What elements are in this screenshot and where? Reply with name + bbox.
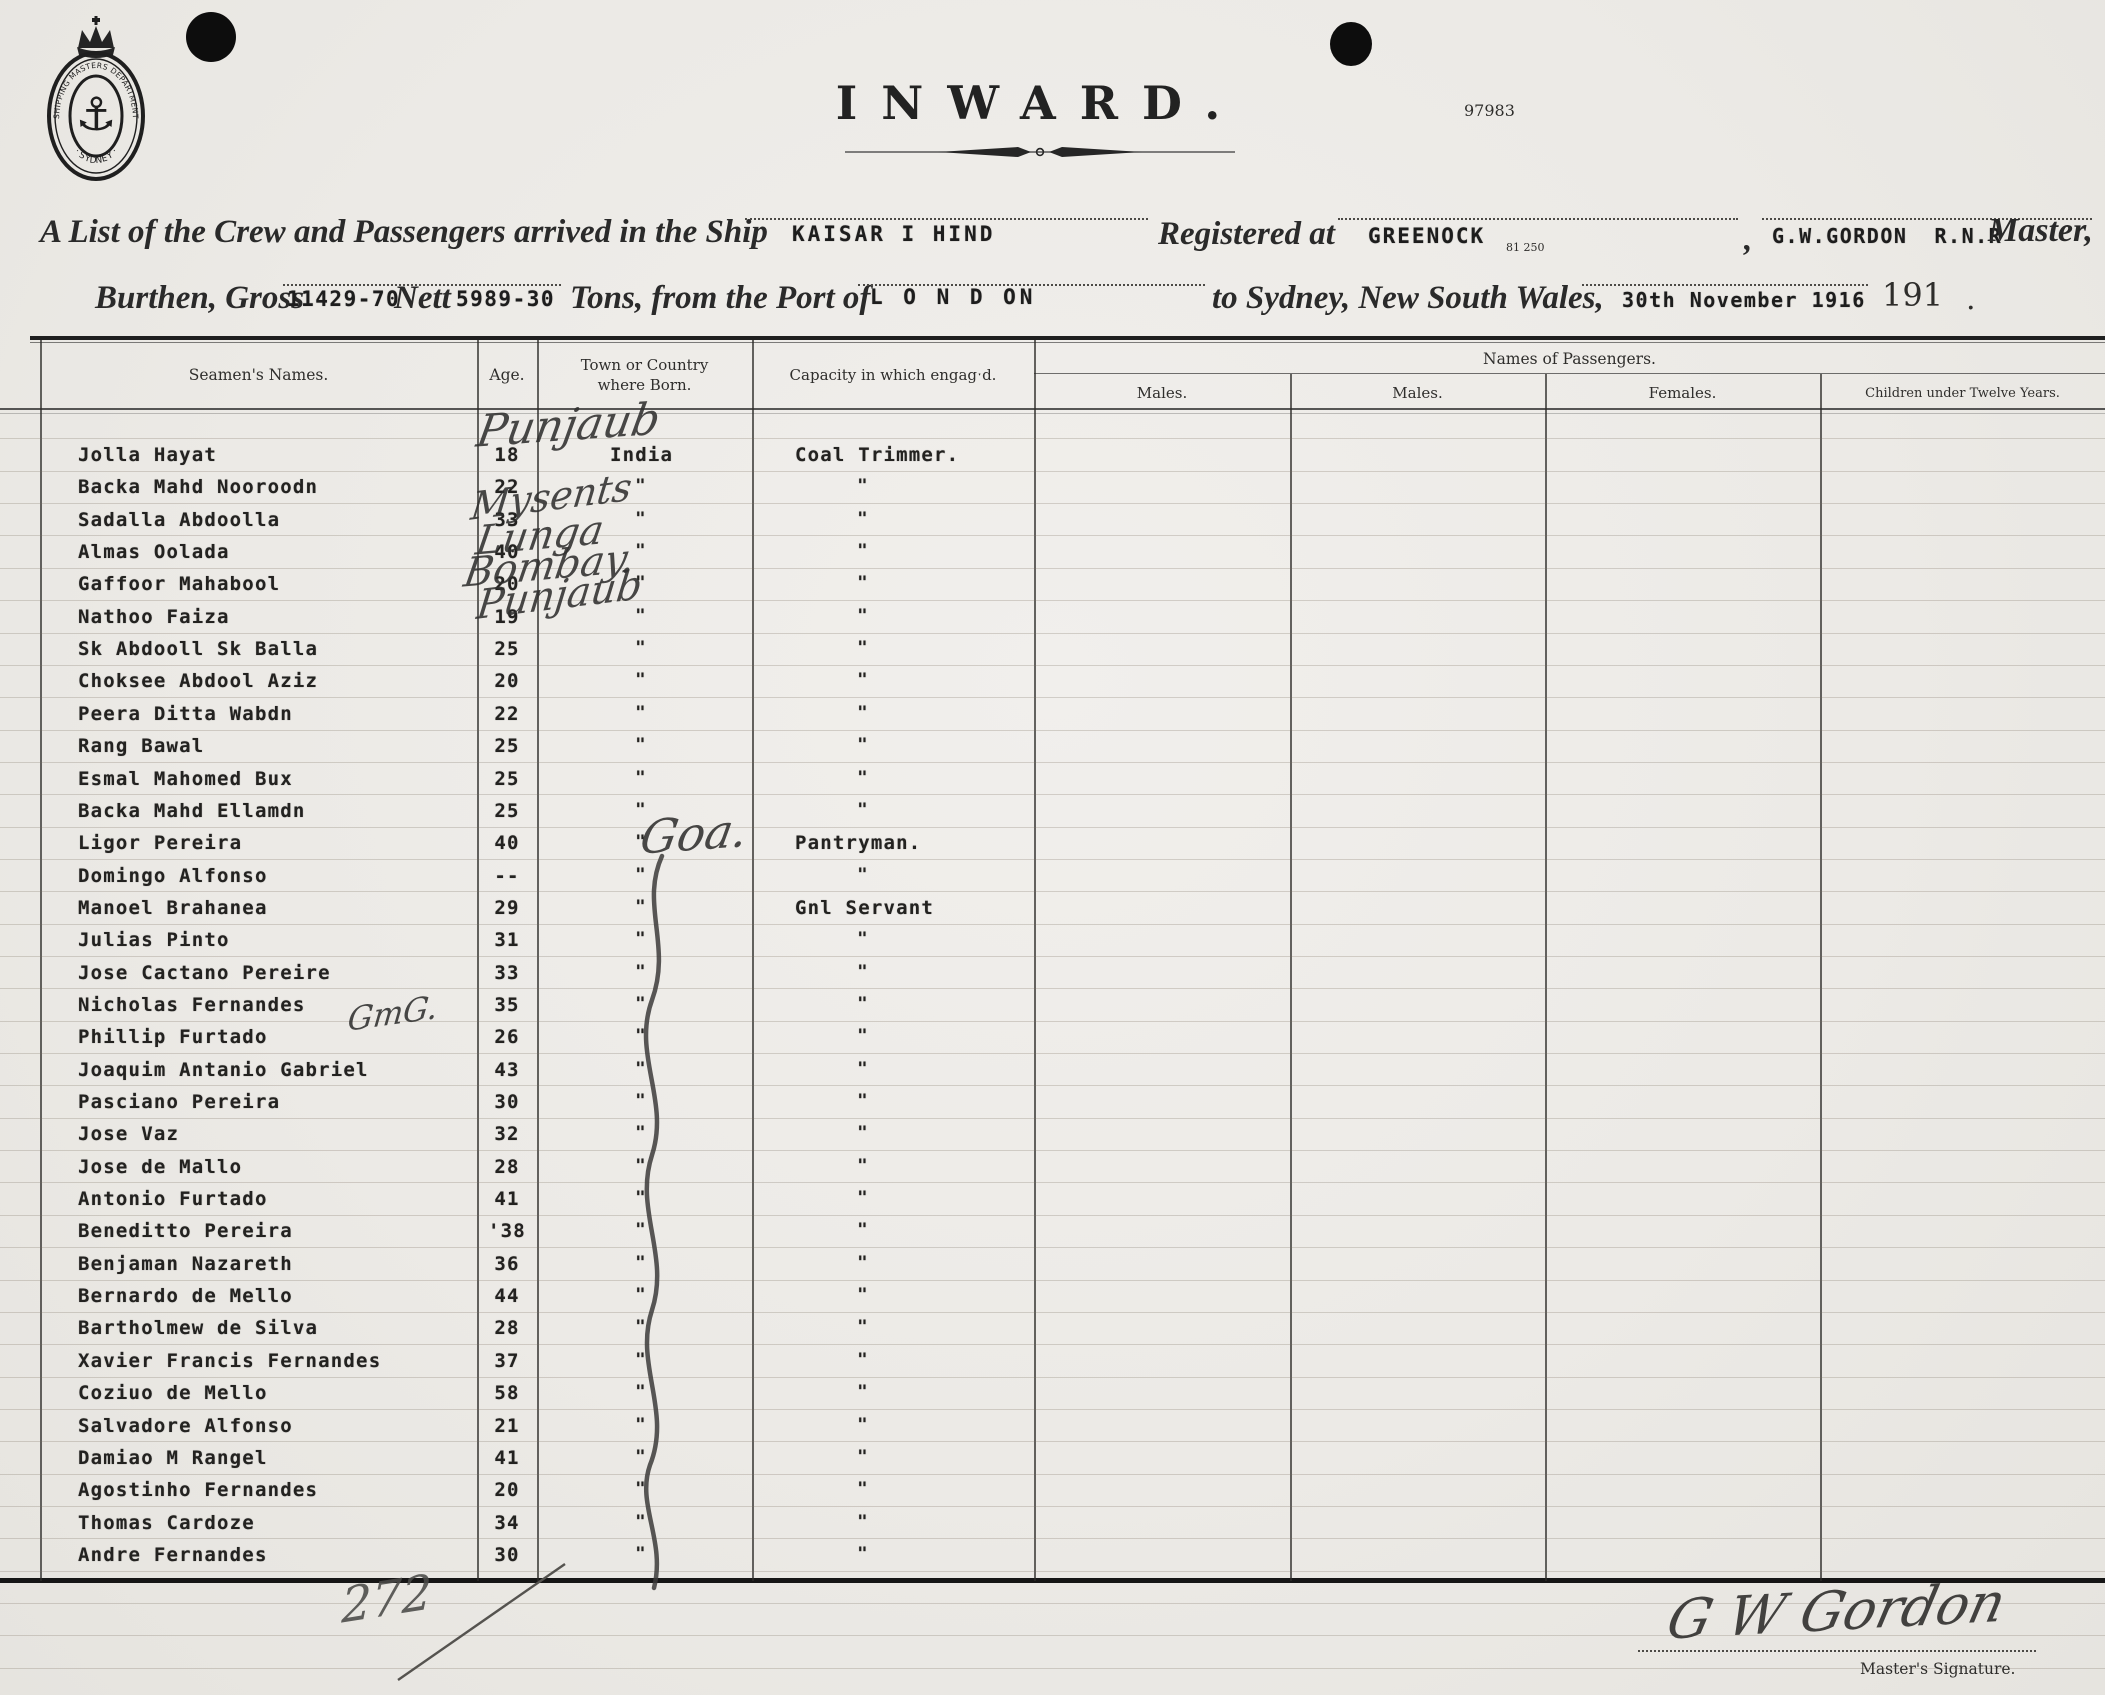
column-header-children: Children under Twelve Years. — [1820, 386, 2105, 401]
ruled-line — [0, 438, 2105, 439]
column-header-capacity: Capacity in which engagˑd. — [752, 366, 1034, 384]
age-cell: 36 — [477, 1253, 537, 1275]
column-header-age: Age. — [477, 366, 537, 384]
seaman-name-cell: Benjaman Nazareth — [78, 1253, 293, 1275]
capacity-ditto-cell: " — [848, 865, 878, 885]
column-header-passengers: Names of Passengers. — [1034, 350, 2105, 368]
column-header-town-line1: Town or Country — [537, 356, 752, 374]
column-header-males-1: Males. — [1034, 384, 1290, 402]
ruled-line — [0, 568, 2105, 569]
town-ditto-cell: " — [628, 735, 654, 755]
seaman-name-cell: Nathoo Faiza — [78, 606, 230, 628]
age-cell: 31 — [477, 929, 537, 951]
capacity-ditto-cell: " — [848, 1350, 878, 1370]
separator-comma: , — [1744, 222, 1752, 259]
ruled-line — [0, 891, 2105, 892]
capacity-ditto-cell: " — [848, 670, 878, 690]
seaman-name-cell: Almas Oolada — [78, 541, 230, 563]
seaman-name-cell: Sk Abdooll Sk Balla — [78, 638, 318, 660]
ruled-line — [0, 1409, 2105, 1410]
ruled-line — [0, 535, 2105, 536]
ruled-line — [0, 1474, 2105, 1475]
capacity-ditto-cell: " — [848, 1220, 878, 1240]
age-cell: 41 — [477, 1188, 537, 1210]
seaman-name-cell: Julias Pinto — [78, 929, 230, 951]
ruled-line — [0, 1280, 2105, 1281]
tally-slash-mark — [380, 1552, 580, 1687]
ruled-line — [0, 1312, 2105, 1313]
capacity-ditto-cell: " — [848, 1447, 878, 1467]
capacity-ditto-cell: " — [848, 1512, 878, 1532]
seaman-name-cell: Rang Bawal — [78, 735, 204, 757]
age-cell: 34 — [477, 1512, 537, 1534]
capacity-ditto-cell: " — [848, 606, 878, 626]
capacity-ditto-cell: " — [848, 638, 878, 658]
seaman-name-cell: Backa Mahd Nooroodn — [78, 476, 318, 498]
year-prefix: 191 — [1882, 276, 1943, 314]
anchor-icon: ⚓ — [75, 87, 116, 141]
seaman-name-cell: Gaffoor Mahabool — [78, 573, 280, 595]
seaman-name-cell: Domingo Alfonso — [78, 865, 268, 887]
town-ditto-cell: " — [628, 638, 654, 658]
destination-label: to Sydney, New South Wales, — [1212, 280, 1604, 317]
nett-label: Nett — [394, 280, 451, 317]
age-cell: 21 — [477, 1415, 537, 1437]
ruled-line — [0, 1182, 2105, 1183]
seaman-name-cell: Andre Fernandes — [78, 1544, 268, 1566]
capacity-ditto-cell: " — [848, 1059, 878, 1079]
seaman-name-cell: Joaquim Antanio Gabriel — [78, 1059, 369, 1081]
age-cell: 35 — [477, 994, 537, 1016]
ruled-line — [0, 827, 2105, 828]
age-cell: 30 — [477, 1091, 537, 1113]
age-cell: 26 — [477, 1026, 537, 1048]
capacity-ditto-cell: " — [848, 1156, 878, 1176]
capacity-ditto-cell: " — [848, 1317, 878, 1337]
seaman-name-cell: Pasciano Pereira — [78, 1091, 280, 1113]
ruled-line — [0, 1538, 2105, 1539]
title-ornament-divider — [810, 140, 1270, 164]
registered-at-label: Registered at — [1158, 216, 1335, 253]
capacity-ditto-cell: " — [848, 1285, 878, 1305]
seaman-name-cell: Damiao M Rangel — [78, 1447, 268, 1469]
shipping-masters-department-seal: SHIPPING MASTERS DEPARTMENT ·SYDNEY· ⚓ — [44, 16, 148, 186]
age-cell: 37 — [477, 1350, 537, 1372]
master-label: Master, — [1988, 212, 2093, 250]
ruled-line — [0, 1085, 2105, 1086]
town-ditto-cell: " — [628, 509, 654, 529]
ruled-line — [0, 1118, 2105, 1119]
ruled-line — [0, 1344, 2105, 1345]
age-cell: 20 — [477, 1479, 537, 1501]
seaman-name-cell: Agostinho Fernandes — [78, 1479, 318, 1501]
ruled-line — [0, 730, 2105, 731]
ruled-line — [0, 956, 2105, 957]
registered-port: GREENOCK — [1368, 224, 1485, 248]
punch-hole-left — [186, 12, 236, 62]
ruled-line — [0, 794, 2105, 795]
capacity-ditto-cell: " — [848, 800, 878, 820]
capacity-ditto-cell: " — [848, 1479, 878, 1499]
capacity-ditto-cell: " — [848, 509, 878, 529]
capacity-ditto-cell: " — [848, 541, 878, 561]
scanned-document-page: SHIPPING MASTERS DEPARTMENT ·SYDNEY· ⚓ I… — [0, 0, 2105, 1695]
seaman-name-cell: Jolla Hayat — [78, 444, 217, 466]
ruled-line — [0, 988, 2105, 989]
column-header-females: Females. — [1545, 384, 1820, 402]
crew-list-label: A List of the Crew and Passengers arrive… — [40, 214, 768, 251]
seaman-name-cell: Manoel Brahanea — [78, 897, 268, 919]
seaman-name-cell: Beneditto Pereira — [78, 1220, 293, 1242]
ruled-line — [0, 1021, 2105, 1022]
seaman-name-cell: Peera Ditta Wabdn — [78, 703, 293, 725]
capacity-ditto-cell: " — [848, 1091, 878, 1111]
seaman-name-cell: Jose de Mallo — [78, 1156, 242, 1178]
capacity-ditto-cell: " — [848, 1188, 878, 1208]
age-cell: 41 — [477, 1447, 537, 1469]
ruled-line — [0, 665, 2105, 666]
age-cell: 58 — [477, 1382, 537, 1404]
capacity-ditto-cell: " — [848, 768, 878, 788]
punch-hole-right — [1330, 22, 1372, 66]
column-header-seamens-names: Seamen's Names. — [40, 366, 477, 384]
ship-name: KAISAR I HIND — [792, 222, 995, 246]
print-code: 81 250 — [1506, 241, 1545, 254]
age-cell: 33 — [477, 962, 537, 984]
ruled-line — [0, 633, 2105, 634]
ruled-line — [0, 859, 2105, 860]
handwritten-annotation: Goa. — [636, 803, 752, 865]
ruled-line — [0, 1668, 2105, 1669]
ruled-line — [0, 1247, 2105, 1248]
ruled-line — [0, 697, 2105, 698]
page-title: INWARD. — [800, 76, 1280, 130]
capacity-ditto-cell: " — [848, 1544, 878, 1564]
capacity-ditto-cell: " — [848, 1382, 878, 1402]
age-cell: 40 — [477, 832, 537, 854]
gross-tons-value: 11429-70 — [287, 287, 400, 311]
capacity-ditto-cell: " — [848, 962, 878, 982]
age-cell: 43 — [477, 1059, 537, 1081]
ruled-line — [0, 1053, 2105, 1054]
capacity-cell: Coal Trimmer. — [795, 444, 959, 466]
capacity-ditto-cell: " — [848, 1415, 878, 1435]
arrival-date: 30th November 1916 — [1622, 288, 1866, 312]
seaman-name-cell: Salvadore Alfonso — [78, 1415, 293, 1437]
ruled-line — [0, 503, 2105, 504]
column-header-town-line2: where Born. — [537, 376, 752, 394]
capacity-ditto-cell: " — [848, 573, 878, 593]
burthen-gross-label: Burthen, Gross — [95, 280, 304, 317]
seaman-name-cell: Jose Cactano Pereire — [78, 962, 331, 984]
seaman-name-cell: Choksee Abdool Aziz — [78, 670, 318, 692]
age-cell: 28 — [477, 1317, 537, 1339]
year-period: . — [1966, 282, 1976, 317]
seaman-name-cell: Jose Vaz — [78, 1123, 179, 1145]
capacity-cell: Gnl Servant — [795, 897, 934, 919]
column-header-males-2: Males. — [1290, 384, 1545, 402]
seaman-name-cell: Sadalla Abdoolla — [78, 509, 280, 531]
ruled-line — [0, 600, 2105, 601]
capacity-ditto-cell: " — [848, 994, 878, 1014]
ruled-line — [0, 471, 2105, 472]
ruled-line — [0, 924, 2105, 925]
capacity-cell: Pantryman. — [795, 832, 921, 854]
handwritten-wavy-ditto-line — [600, 850, 710, 1595]
seaman-name-cell: Bartholmew de Silva — [78, 1317, 318, 1339]
capacity-ditto-cell: " — [848, 476, 878, 496]
capacity-ditto-cell: " — [848, 1253, 878, 1273]
seaman-name-cell: Nicholas Fernandes — [78, 994, 306, 1016]
age-cell: 22 — [477, 703, 537, 725]
ruled-line — [0, 1571, 2105, 1572]
age-cell: -- — [477, 865, 537, 887]
town-ditto-cell: " — [628, 768, 654, 788]
seaman-name-cell: Coziuo de Mello — [78, 1382, 268, 1404]
seaman-name-cell: Ligor Pereira — [78, 832, 242, 854]
ruled-line — [0, 1506, 2105, 1507]
ruled-line — [0, 1441, 2105, 1442]
age-cell: 32 — [477, 1123, 537, 1145]
capacity-ditto-cell: " — [848, 735, 878, 755]
age-cell: 25 — [477, 768, 537, 790]
capacity-ditto-cell: " — [848, 703, 878, 723]
ruled-line — [0, 762, 2105, 763]
age-cell: 20 — [477, 670, 537, 692]
seaman-name-cell: Phillip Furtado — [78, 1026, 268, 1048]
nett-tons-value: 5989-30 — [456, 287, 555, 311]
seal-bottom-text: ·SYDNEY· — [73, 147, 120, 166]
tons-port-label: Tons, from the Port of — [570, 280, 870, 317]
town-ditto-cell: " — [628, 670, 654, 690]
age-cell: 25 — [477, 735, 537, 757]
capacity-ditto-cell: " — [848, 1123, 878, 1143]
capacity-ditto-cell: " — [848, 1026, 878, 1046]
age-cell: 25 — [477, 800, 537, 822]
ruled-line — [0, 1215, 2105, 1216]
master-signature-label: Master's Signature. — [1860, 1660, 2015, 1678]
seaman-name-cell: Xavier Francis Fernandes — [78, 1350, 381, 1372]
capacity-ditto-cell: " — [848, 929, 878, 949]
seaman-name-cell: Thomas Cardoze — [78, 1512, 255, 1534]
age-cell: '38 — [477, 1220, 537, 1242]
age-cell: 25 — [477, 638, 537, 660]
ruled-line — [0, 1150, 2105, 1151]
town-ditto-cell: " — [628, 703, 654, 723]
seaman-name-cell: Bernardo de Mello — [78, 1285, 293, 1307]
age-cell: 28 — [477, 1156, 537, 1178]
master-name: G.W.GORDON R.N.R — [1772, 224, 2002, 248]
age-cell: 29 — [477, 897, 537, 919]
age-cell: 44 — [477, 1285, 537, 1307]
ruled-line — [0, 1377, 2105, 1378]
port-of-origin: L O N D ON — [870, 285, 1036, 309]
seaman-name-cell: Antonio Furtado — [78, 1188, 268, 1210]
handwritten-annotation: GmG. — [346, 987, 440, 1039]
form-number: 97983 — [1464, 101, 1515, 120]
seaman-name-cell: Backa Mahd Ellamdn — [78, 800, 306, 822]
seaman-name-cell: Esmal Mahomed Bux — [78, 768, 293, 790]
